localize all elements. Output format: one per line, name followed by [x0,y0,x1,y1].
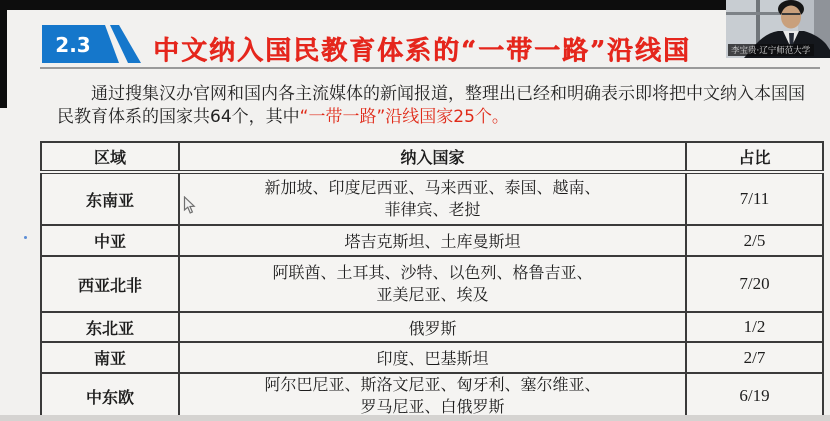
table-row: 西亚北非 阿联酋、土耳其、沙特、以色列、格鲁吉亚、 亚美尼亚、埃及 7/20 [41,256,823,312]
table-header-row: 区域 纳入国家 占比 [41,142,823,172]
countries-line: 阿尔巴尼亚、斯洛文尼亚、匈牙利、塞尔维亚、 [184,374,681,396]
countries-line: 阿联酋、土耳其、沙特、以色列、格鲁吉亚、 [184,262,681,284]
countries-cell: 阿尔巴尼亚、斯洛文尼亚、匈牙利、塞尔维亚、 罗马尼亚、白俄罗斯 [179,373,686,419]
region-cell: 中东欧 [41,373,179,419]
countries-cell: 印度、巴基斯坦 [179,342,686,373]
col-header-ratio: 占比 [686,142,823,172]
region-cell: 东北亚 [41,312,179,342]
regions-table: 区域 纳入国家 占比 东南亚 新加坡、印度尼西亚、马来西亚、泰国、越南、 菲律宾… [40,141,824,420]
top-letterbox-bar [0,0,830,10]
countries-cell: 阿联酋、土耳其、沙特、以色列、格鲁吉亚、 亚美尼亚、埃及 [179,256,686,312]
countries-cell: 塔吉克斯坦、土库曼斯坦 [179,225,686,256]
col-header-countries: 纳入国家 [179,142,686,172]
speaker-glasses [782,13,800,15]
slide-title: 中文纳入国民教育体系的“一带一路”沿线国 [153,30,753,67]
ratio-cell: 2/5 [686,225,823,256]
table-row: 东南亚 新加坡、印度尼西亚、马来西亚、泰国、越南、 菲律宾、老挝 7/11 [41,172,823,225]
intro-line-1: 通过搜集汉办官网和国内各主流媒体的新闻报道，整理出已经和明确表示即将把中文纳入本… [57,83,819,106]
intro-line-2-red: “一带一路”沿线国家25个。 [300,107,509,127]
left-letterbox-bar [0,0,7,108]
bottom-letterbox-strip [0,415,830,421]
col-header-region: 区域 [41,142,179,172]
region-cell: 南亚 [41,342,179,373]
annotation-dot [24,236,27,239]
countries-cell: 俄罗斯 [179,312,686,342]
ratio-cell: 1/2 [686,312,823,342]
speaker-video-scene: 李宝贵·辽宁师范大学 [726,0,830,58]
screen-share-view: 2.3 中文纳入国民教育体系的“一带一路”沿线国 通过搜集汉办官网和国内各主流媒… [0,0,830,421]
ratio-cell: 7/20 [686,256,823,312]
table-row: 中东欧 阿尔巴尼亚、斯洛文尼亚、匈牙利、塞尔维亚、 罗马尼亚、白俄罗斯 6/19 [41,373,823,419]
countries-cell: 新加坡、印度尼西亚、马来西亚、泰国、越南、 菲律宾、老挝 [179,172,686,225]
speaker-video-thumbnail[interactable]: 李宝贵·辽宁师范大学 [726,0,830,58]
intro-line-2: 民教育体系的国家共64个，其中“一带一路”沿线国家25个。 [57,106,819,129]
ratio-cell: 7/11 [686,172,823,225]
table-row: 中亚 塔吉克斯坦、土库曼斯坦 2/5 [41,225,823,256]
region-cell: 西亚北非 [41,256,179,312]
ratio-cell: 2/7 [686,342,823,373]
intro-paragraph: 通过搜集汉办官网和国内各主流媒体的新闻报道，整理出已经和明确表示即将把中文纳入本… [57,83,819,129]
region-cell: 中亚 [41,225,179,256]
countries-line: 亚美尼亚、埃及 [184,284,681,306]
table-row: 南亚 印度、巴基斯坦 2/7 [41,342,823,373]
table-row: 东北亚 俄罗斯 1/2 [41,312,823,342]
countries-line: 菲律宾、老挝 [184,199,681,221]
badge-shape-icon: 2.3 [42,24,147,64]
speaker-name-label: 李宝贵·辽宁师范大学 [731,45,811,56]
mouse-pointer-icon [183,196,196,219]
intro-line-2-black: 民教育体系的国家共64个，其中 [57,107,300,127]
ratio-cell: 6/19 [686,373,823,419]
region-cell: 东南亚 [41,172,179,225]
countries-line: 新加坡、印度尼西亚、马来西亚、泰国、越南、 [184,177,681,199]
speaker-face [781,6,801,29]
section-number: 2.3 [55,33,90,57]
section-badge: 2.3 [42,24,147,64]
title-divider [40,67,820,69]
